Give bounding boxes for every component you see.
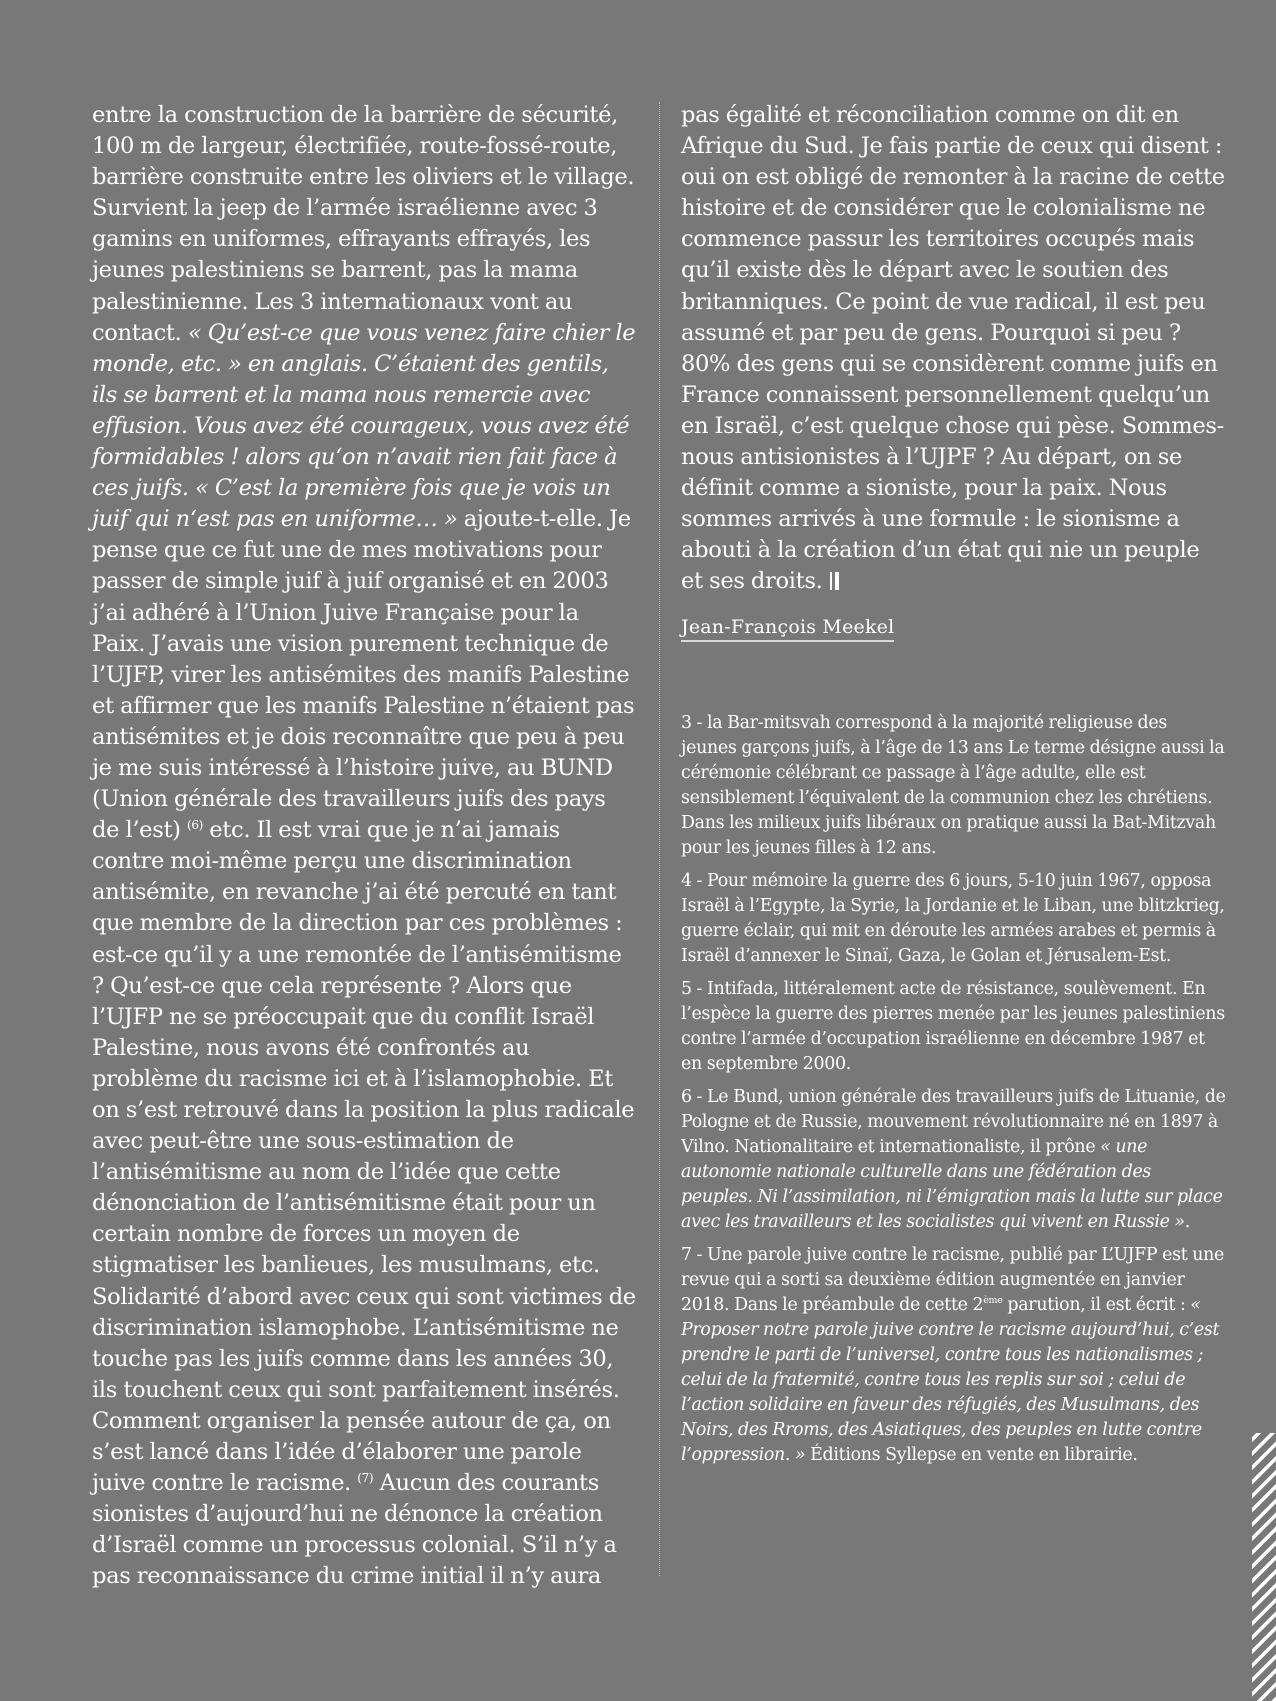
magazine-page: entre la construction de la barrière de … [0,0,1276,1701]
article-left-column: entre la construction de la barrière de … [92,100,637,1593]
corner-hatch-decoration [1252,1433,1276,1701]
footnote-text: parution, il est écrit : [1003,1295,1191,1315]
article-text: entre la construction de la barrière de … [92,102,634,346]
footnote-6: 6 - Le Bund, union générale des travaill… [681,1085,1226,1235]
footnote-quotation: « Proposer notre parole juive contre le … [681,1295,1219,1465]
article-text: pas égalité et réconciliation comme on d… [681,102,1225,594]
footnote-3: 3 - la Bar-mitsvah correspond à la major… [681,711,1226,861]
column-divider [659,102,660,1576]
quotation: « Qu’est-ce que vous venez faire chier l… [92,320,635,533]
footnote-text: Éditions Syllepse en vente en librairie. [805,1445,1137,1465]
footnote-7: 7 - Une parole juive contre le racisme, … [681,1243,1226,1468]
article-text: etc. Il est vrai que je n’ai jamais cont… [92,817,636,1496]
footnote-4: 4 - Pour mémoire la guerre des 6 jours, … [681,869,1226,969]
footnote-ref-6[interactable]: (6) [187,818,203,832]
superscript: ème [983,1295,1002,1306]
article-paragraph: entre la construction de la barrière de … [92,100,637,1593]
article-paragraph: pas égalité et réconciliation comme on d… [681,100,1226,600]
article-right-column: pas égalité et réconciliation comme on d… [681,100,1226,642]
footnote-text: . [1185,1212,1190,1232]
end-mark-icon [830,568,842,599]
footnotes: 3 - la Bar-mitsvah correspond à la major… [681,711,1226,1476]
author-signature: Jean-François Meekel [681,616,894,642]
footnote-5: 5 - Intifada, littéralement acte de rési… [681,977,1226,1077]
footnote-ref-7[interactable]: (7) [357,1471,373,1485]
article-text: ajoute-t-elle. Je pense que ce fut une d… [92,506,634,843]
